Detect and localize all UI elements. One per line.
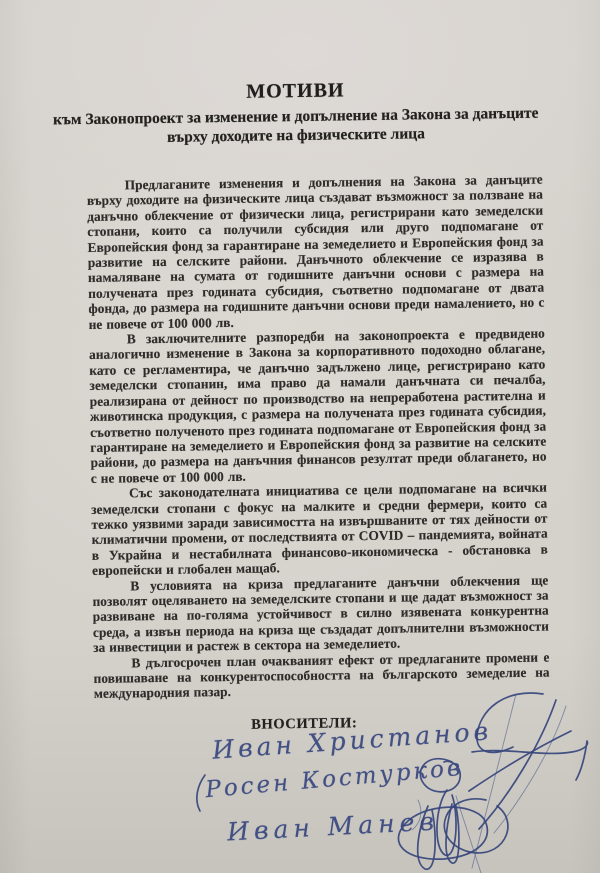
document-page: МОТИВИ към Законопроект за изменение и д…: [0, 0, 600, 873]
signature-parenthesis-flourish-icon: [197, 775, 421, 830]
signature-scribbles: [0, 0, 600, 873]
